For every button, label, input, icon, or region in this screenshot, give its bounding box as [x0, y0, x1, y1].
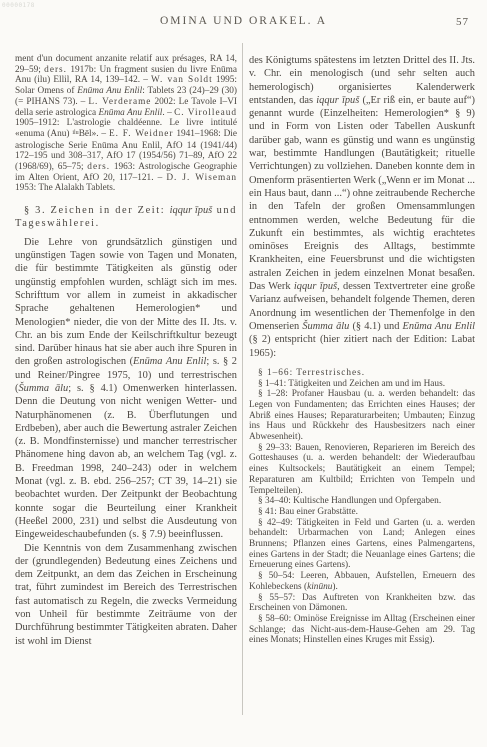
list-item: § 41: Bau einer Grabstätte. — [249, 507, 475, 518]
column-divider-rule — [242, 43, 243, 715]
list-item: § 29–33: Bauen, Renovieren, Reparieren i… — [249, 443, 475, 497]
paragraph: ment d'un document anzanite relatif aux … — [15, 54, 237, 194]
right-column: des Königtums spätestens im letzten Drit… — [249, 54, 475, 646]
list-item: § 1–41: Tätigkeiten und Zeichen am und i… — [249, 379, 475, 390]
paragraph: Die Kenntnis von dem Zusammenhang zwisch… — [15, 542, 237, 648]
page-header: OMINA UND ORAKEL. A 57 — [0, 15, 487, 31]
book-page-scan: 00000178 OMINA UND ORAKEL. A 57 ment d'u… — [0, 0, 487, 747]
list-item: § 42–49: Tätigkeiten in Feld und Garten … — [249, 518, 475, 572]
list-item: § 1–66: Terrestrisches. — [249, 368, 475, 379]
list-item: § 34–40: Kultische Handlungen und Opferg… — [249, 496, 475, 507]
paragraph: des Königtums spätestens im letzten Drit… — [249, 54, 475, 360]
scan-watermark: 00000178 — [2, 2, 35, 9]
list-item: § 58–60: Ominöse Ereignisse im Alltag (E… — [249, 614, 475, 646]
list-item: § 1–28: Profaner Hausbau (u. a. werden b… — [249, 389, 475, 443]
left-column: ment d'un document anzanite relatif aux … — [15, 54, 237, 648]
list-item: § 50–54: Leeren, Abbauen, Aufstellen, Er… — [249, 571, 475, 592]
page-number: 57 — [456, 16, 469, 28]
text-block: ment d'un document anzanite relatif aux … — [15, 54, 474, 739]
paragraph: Die Lehre von grundsätzlich günstigen un… — [15, 236, 237, 542]
running-head-title: OMINA UND ORAKEL. A — [0, 15, 487, 27]
section-heading: § 3. Zeichen in der Zeit: iqqur īpuš und… — [15, 204, 237, 231]
list-item: § 55–57: Das Auftreten von Krankheiten b… — [249, 593, 475, 614]
